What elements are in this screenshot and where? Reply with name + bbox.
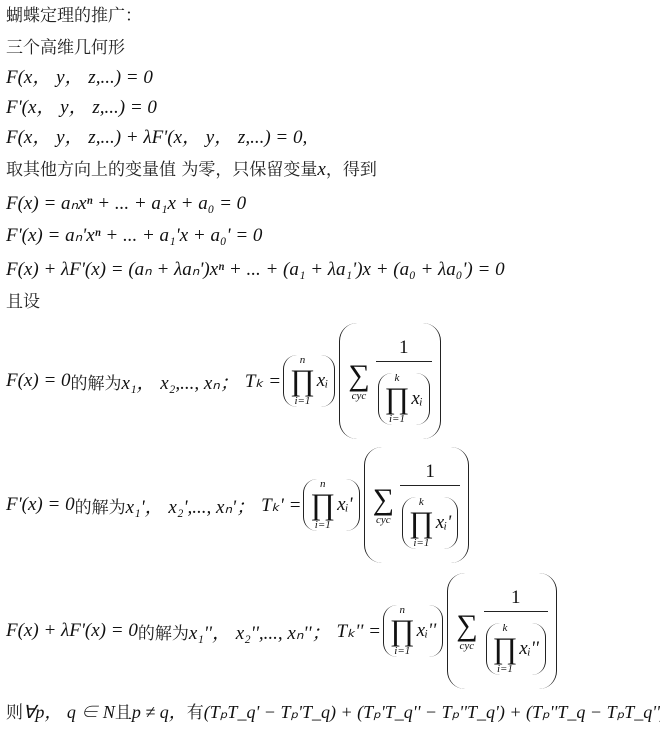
text-reduce-var: x [317,159,325,180]
def1-fraction: 1 k∏i=1xᵢ [376,337,432,425]
product-icon: n∏i=1 [310,479,335,531]
product-icon: n∏i=1 [290,355,315,407]
def1-T: Tₖ = [245,370,281,393]
product-icon: n∏i=1 [390,605,415,657]
def3-lhs: F(x) + λF'(x) = 0 [6,620,138,642]
def2-sum-group: ∑cyc 1 k∏i=1xᵢ' [364,447,470,563]
equation-6: F(x) + λF'(x) = (aₙ + λaₙ')xⁿ + ... + (a… [6,258,505,282]
def3-roots: x₁''， x₂'',..., xₙ''； [189,618,331,645]
equation-1: F(x， y， z,...) = 0 [6,66,153,90]
def2-cn: 的解为 [75,493,126,518]
def3-T: Tₖ'' = [337,620,381,643]
def1-product-group: n∏i=1 xᵢ [283,355,335,407]
doc-subtitle: 三个高维几何形 [6,36,125,60]
doc-title: 蝴蝶定理的推广： [6,4,142,28]
equation-5: F'(x) = aₙ'xⁿ + ... + a₁'x + a₀' = 0 [6,224,262,248]
def2-product-group: n∏i=1 xᵢ' [303,479,359,531]
def2-T: Tₖ' = [261,494,301,517]
def2-roots: x₁'， x₂',..., xₙ'； [126,492,256,519]
equation-3: F(x， y， z,...) + λF'(x， y， z,...) = 0, [6,126,307,150]
text-reduce-main: 取其他方向上的变量值 为零，只保留变量 [6,160,317,180]
def2-lhs: F'(x) = 0 [6,494,75,516]
equation-4: F(x) = aₙxⁿ + ... + a₁x + a₀ = 0 [6,192,246,216]
sum-icon: ∑cyc [348,361,369,402]
def3-fraction: 1 k∏i=1xᵢ'' [484,587,548,675]
conclusion: 则∀p， q ∈ N且p ≠ q，有(TₚT_q' − Tₚ'T_q) + (T… [6,700,660,725]
def1-roots: x₁， x₂,..., xₙ； [122,368,239,395]
text-reduce-end: ，得到 [326,160,377,180]
definition-1: F(x) = 0 的解为 x₁， x₂,..., xₙ； Tₖ = n∏i=1 … [6,322,441,440]
def1-sum-group: ∑cyc 1 k∏i=1xᵢ [339,323,441,439]
equation-2: F'(x， y， z,...) = 0 [6,96,157,120]
def3-sum-group: ∑cyc 1 k∏i=1xᵢ'' [447,573,557,689]
def1-lhs: F(x) = 0 [6,370,71,392]
def1-cn: 的解为 [71,369,122,394]
def2-fraction: 1 k∏i=1xᵢ' [400,461,460,549]
sum-icon: ∑cyc [456,611,477,652]
def3-cn: 的解为 [138,619,189,644]
definition-2: F'(x) = 0 的解为 x₁'， x₂',..., xₙ'； Tₖ' = n… [6,446,469,564]
text-reduce: 取其他方向上的变量值 为零，只保留变量x，得到 [6,158,377,182]
definition-3: F(x) + λF'(x) = 0 的解为 x₁''， x₂'',..., xₙ… [6,572,557,690]
def3-product-group: n∏i=1 xᵢ'' [383,605,443,657]
text-assume: 且设 [6,290,40,314]
sum-icon: ∑cyc [373,485,394,526]
